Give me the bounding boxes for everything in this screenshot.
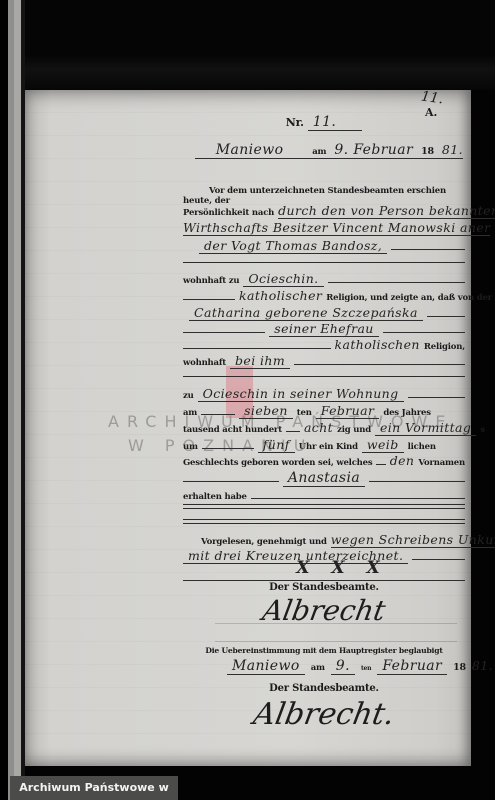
declarant-written: der Vogt Thomas Bandosz, [199, 238, 387, 254]
cert-month: Februar [377, 658, 447, 675]
birth-am-label: am [183, 408, 197, 418]
scan-viewer: ARCHIWUM PAŃSTWOWE W POZNANIU 11. A. Nr.… [0, 0, 495, 800]
form-line-birthplace: zu Ocieschin in seiner Wohnung [183, 386, 465, 402]
crosses-mark: X X X [296, 558, 387, 578]
blank-rule [183, 337, 331, 349]
header-date: 9. Februar [334, 142, 413, 158]
blank-rule [427, 305, 465, 317]
blank-rule [183, 288, 235, 300]
religion1-label: Religion, und zeigte an, daß von der [326, 293, 492, 303]
blank-rule [328, 271, 465, 283]
closing-written1: wegen Schreibens Unkunde [331, 532, 495, 548]
blank-rule [251, 487, 465, 499]
form-line-hour: um fünf Uhr ein Kind weib lichen [183, 437, 465, 453]
certification-line: Die Uebereinstimmung mit dem Hauptregist… [183, 646, 465, 655]
registrar-heading: Der Standesbeamte. [183, 582, 465, 593]
cert-day: 9. [331, 658, 355, 675]
registrar-heading2-text: Der Standesbeamte. [269, 683, 379, 694]
child-name-written: Anastasia [283, 470, 365, 487]
year-hundreds-label: tausend acht hundert [183, 425, 282, 435]
erhalten-label: erhalten habe [183, 492, 247, 502]
header-place: Maniewo [195, 142, 304, 158]
nr-value: 11. [308, 114, 362, 131]
blank-rule [294, 353, 465, 365]
residence2-label: wohnhaft [183, 358, 226, 368]
residence2-written: bei ihm [230, 353, 290, 369]
blank-rule [202, 437, 254, 449]
birth-zu-label: zu [183, 391, 194, 401]
closing-label: Vorgelesen, genehmigt und [201, 537, 327, 547]
blank-rule [369, 470, 465, 482]
header-year-printed: 18 [421, 146, 434, 157]
birth-month-written: Februar [316, 403, 380, 419]
registrar-heading2: Der Standesbeamte. [183, 683, 465, 694]
form-line-childname: Anastasia [183, 470, 465, 487]
form-line-wife: seiner Ehefrau [183, 321, 465, 337]
form-line-mother: Catharina geborene Szczepańska [183, 305, 465, 321]
birth-ten-label: ten [297, 408, 312, 418]
den-written: den [390, 453, 415, 468]
blank-rule [383, 321, 465, 333]
form-line-crosses: X X X [183, 558, 465, 581]
form-line-recognizer: Wirthschafts Besitzer Vincent Manowski a… [183, 220, 465, 236]
hour-written: fünf [258, 437, 295, 453]
blank-rule [286, 420, 300, 432]
form-line-religion2: katholischen Religion, [183, 337, 465, 352]
form-line-year: tausend acht hundert acht zig und ein Vo… [183, 420, 465, 436]
blank-rule [201, 403, 235, 415]
uhr-label: Uhr ein Kind [299, 442, 358, 452]
registrar-heading-text: Der Standesbeamte. [269, 582, 379, 593]
registrar-signature: Albrecht [180, 594, 468, 627]
form-line-residence2: wohnhaft bei ihm [183, 353, 465, 369]
header-year-written: 81. [442, 142, 463, 157]
residence-label: wohnhaft zu [183, 276, 239, 286]
cert-year-written: 81. [472, 658, 493, 673]
gender-written: weib [362, 437, 404, 453]
year-tens-written: acht [304, 420, 333, 435]
blank-rule [408, 386, 466, 398]
year-zig-label: zig und [337, 425, 371, 435]
double-rule [183, 519, 465, 524]
form-line-declarant: der Vogt Thomas Bandosz, [183, 238, 465, 254]
form-line-residence: wohnhaft zu Ocieschin. [183, 271, 465, 287]
certification-text: Die Uebereinstimmung mit dem Hauptregist… [205, 646, 442, 655]
birth-year-label: des Jahres [383, 408, 430, 418]
personality-label: Persönlichkeit nach [183, 208, 274, 218]
religion1-written: katholischer [239, 288, 322, 303]
personality-written: durch den von Person bekannten [278, 203, 495, 219]
form-line-erhalten: erhalten habe [183, 487, 465, 502]
double-rule [183, 504, 465, 509]
form-line-personality: Persönlichkeit nach durch den von Person… [183, 203, 465, 219]
mother-written: Catharina geborene Szczepańska [189, 305, 423, 321]
daytime-suffix-label: s [480, 425, 485, 435]
residence-written: Ocieschin. [243, 271, 323, 287]
birth-day-written: sieben [239, 403, 293, 419]
registrar-signature2: Albrecht. [180, 697, 468, 732]
cert-place: Maniewo [227, 658, 305, 675]
cert-am-label: am [311, 663, 325, 673]
cert-year-printed: 18 [453, 662, 466, 673]
header-date-line: Maniewo am 9. Februar 18 81. [195, 142, 463, 159]
archive-label: Archiwum Państwowe w Poznaniu [10, 776, 178, 800]
religion2-written: katholischen [335, 337, 420, 352]
form-line-religion1: katholischer Religion, und zeigte an, da… [183, 288, 465, 303]
blank-rule [183, 321, 265, 333]
form-line-gender: Geschlechts geboren worden sei, welches … [183, 453, 465, 468]
record-number-line: Nr. 11. [183, 114, 465, 131]
um-label: um [183, 442, 198, 452]
daytime-written: ein Vormittag [375, 420, 476, 436]
blank-rule [183, 262, 465, 263]
form-line-birthdate: am sieben ten Februar des Jahres [183, 403, 465, 419]
cert-ten-label: ten [361, 665, 371, 672]
religion2-label: Religion, [424, 342, 465, 352]
scan-top-border [0, 0, 495, 90]
record-body: Nr. 11. Maniewo am 9. Februar 18 81. Vor… [183, 90, 465, 766]
gender-suffix-label: lichen [408, 442, 436, 452]
certification-date-line: Maniewo am 9. ten Februar 18 81. [227, 658, 459, 675]
vornamen-label: Vornamen [418, 458, 465, 468]
blank-rule [376, 453, 385, 465]
document-page: ARCHIWUM PAŃSTWOWE W POZNANIU 11. A. Nr.… [25, 90, 471, 766]
nr-label: Nr. [286, 116, 304, 129]
birthplace-written: Ocieschin in seiner Wohnung [198, 386, 404, 402]
book-spine [0, 0, 25, 800]
blank-rule [391, 238, 465, 250]
form-line-closing: Vorgelesen, genehmigt und wegen Schreibe… [183, 532, 465, 548]
geschlechts-label: Geschlechts geboren worden sei, welches [183, 458, 372, 468]
blank-rule [183, 376, 465, 377]
header-am-label: am [312, 147, 326, 157]
blank-rule [183, 470, 279, 482]
wife-written: seiner Ehefrau [269, 321, 378, 337]
recognizer-written: Wirthschafts Besitzer Vincent Manowski a… [183, 220, 490, 236]
